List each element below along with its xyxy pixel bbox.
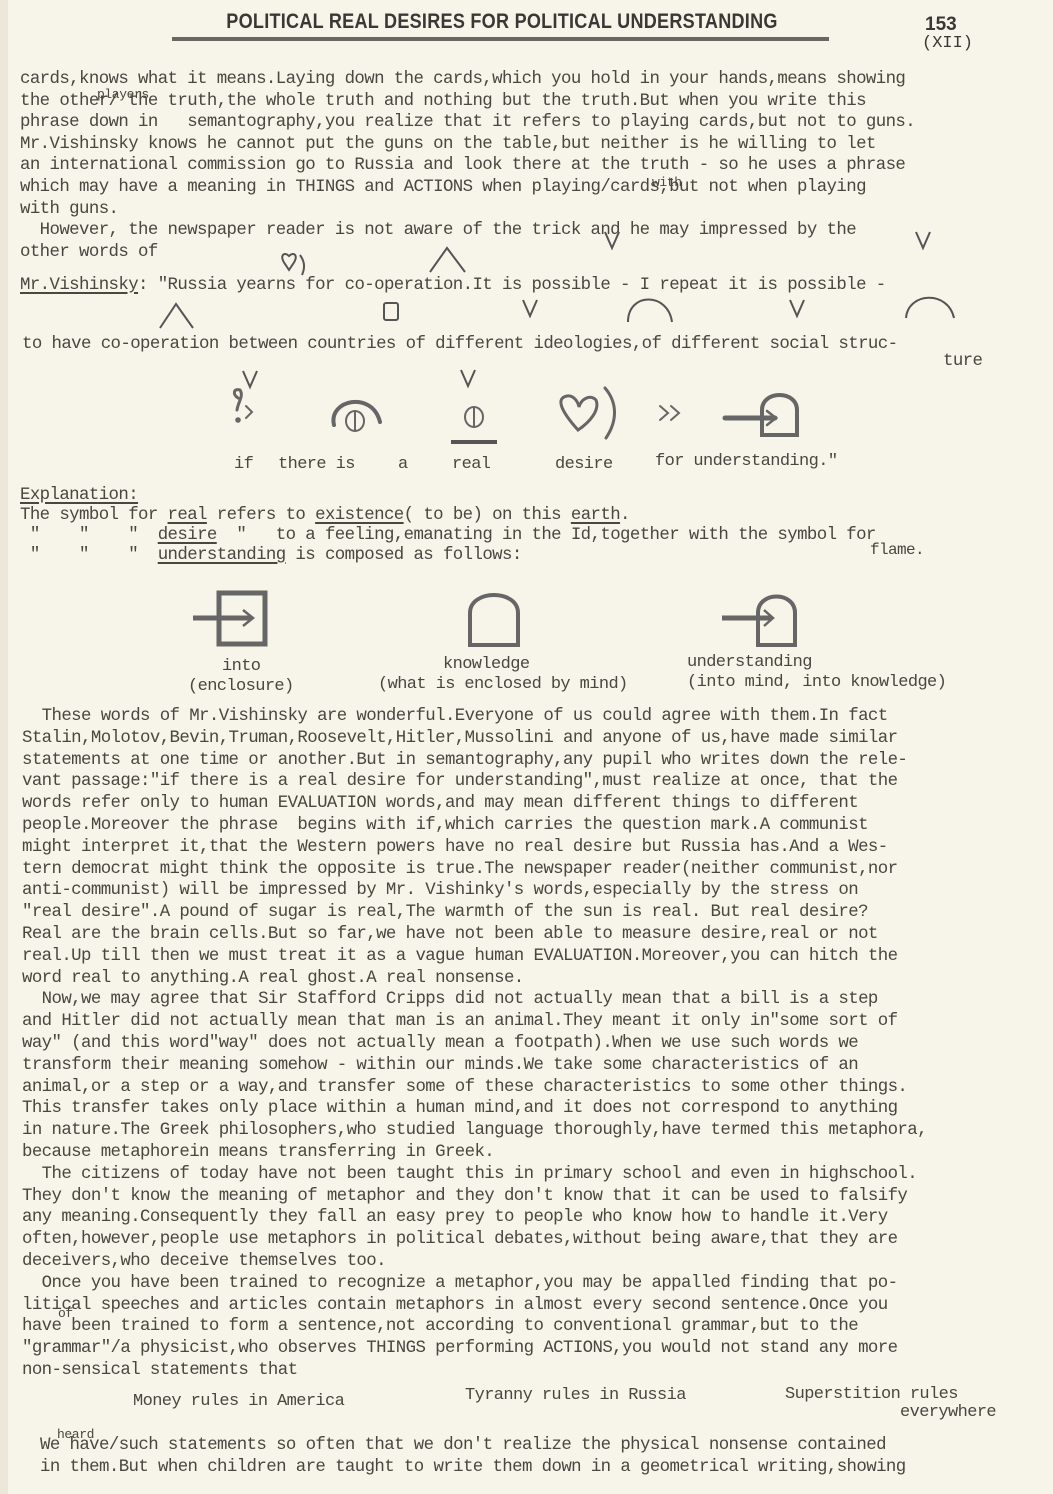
text-line: "grammar"/a physicist,who observes THING… xyxy=(22,1339,897,1359)
text-line: often,however,people use metaphors in po… xyxy=(22,1230,897,1250)
question-if-icon xyxy=(234,390,252,422)
text-line: word real to anything.A real ghost.A rea… xyxy=(22,969,524,989)
example-3: Superstition rules xyxy=(785,1385,958,1404)
text-line: in nature.The Greek philosophers,who stu… xyxy=(22,1121,927,1141)
keyword-existence: existence xyxy=(315,506,404,525)
heart-icon xyxy=(282,254,295,270)
keyword-real: real xyxy=(168,506,207,525)
understanding-sub: (into mind, into knowledge) xyxy=(687,673,946,692)
knowledge-label: knowledge xyxy=(443,655,529,674)
keyword-understanding: understanding xyxy=(158,546,286,565)
understanding-icon xyxy=(722,597,795,646)
ditto-marks: " " " xyxy=(20,546,158,565)
caret-up-icon xyxy=(160,304,193,328)
flame-icon xyxy=(300,255,304,275)
desire-icon xyxy=(561,388,615,438)
keyword-desire: desire xyxy=(158,526,217,545)
text-line: They don't know the meaning of metaphor … xyxy=(22,1187,907,1207)
word-real: real xyxy=(452,455,490,474)
understanding-label: understanding xyxy=(687,653,812,672)
example-1: Money rules in America xyxy=(133,1392,344,1411)
text: refers to xyxy=(207,506,315,525)
knowledge-sub: (what is enclosed by mind) xyxy=(378,675,628,694)
caret-down-icon xyxy=(916,232,930,248)
text-line: Now,we may agree that Sir Stafford Cripp… xyxy=(22,990,878,1010)
caret-down-icon xyxy=(605,232,619,248)
example-2: Tyranny rules in Russia xyxy=(465,1386,686,1405)
text-line: have been trained to form a sentence,not… xyxy=(22,1317,858,1337)
explanation-flame: flame. xyxy=(870,540,924,560)
text-line: tern democrat might think the opposite i… xyxy=(22,860,897,880)
into-sub: (enclosure) xyxy=(188,677,294,696)
text-line: Real are the brain cells.But so far,we h… xyxy=(22,925,878,945)
explanation-heading: Explanation: xyxy=(20,486,138,506)
text-line: people.Moreover the phrase begins with i… xyxy=(22,816,868,836)
text-line: Stalin,Molotov,Bevin,Truman,Roosevelt,Hi… xyxy=(22,729,897,749)
text-line: These words of Mr.Vishinsky are wonderfu… xyxy=(22,707,888,727)
real-underline xyxy=(451,440,497,444)
word-for-understanding: for understanding." xyxy=(655,452,837,471)
arch-icon xyxy=(628,300,672,323)
text-line: "real desire".A pound of sugar is real,T… xyxy=(22,903,868,923)
text-line: The citizens of today have not been taug… xyxy=(22,1165,917,1185)
text-line: might interpret it,that the Western powe… xyxy=(22,838,888,858)
word-a: a xyxy=(398,455,408,474)
text: ( to be) on this xyxy=(404,506,571,525)
text: . xyxy=(620,506,630,525)
text-line: deceivers,who deceive themselves too. xyxy=(22,1252,386,1272)
caret-up-icon xyxy=(430,248,465,272)
understanding-icon xyxy=(725,395,797,435)
keyword-earth: earth xyxy=(571,506,620,525)
word-desire: desire xyxy=(555,455,613,474)
text-line: litical speeches and articles contain me… xyxy=(22,1296,888,1316)
word-if: if xyxy=(234,455,253,474)
text-line: anti-communist) will be impressed by Mr.… xyxy=(22,881,858,901)
text: is composed as follows: xyxy=(286,546,522,565)
text: The symbol for xyxy=(20,506,168,525)
interlinear-of: of xyxy=(58,1306,73,1321)
word-there-is: there is xyxy=(278,455,355,474)
text-line: Once you have been trained to recognize … xyxy=(22,1274,897,1294)
text-line: any meaning.Consequently they fall an ea… xyxy=(22,1208,888,1228)
text-line: and Hitler did not actually mean that ma… xyxy=(22,1012,897,1032)
caret-down-icon xyxy=(523,300,537,316)
quote-symbol-row xyxy=(0,380,1053,450)
text-line: transform their meaning somehow - within… xyxy=(22,1056,858,1076)
into-label: into xyxy=(222,657,260,676)
text-line: animal,or a step or a way,and transfer s… xyxy=(22,1078,907,1098)
ditto-marks: " " " xyxy=(20,526,158,545)
square-icon xyxy=(384,303,398,320)
explanation-line-1: The symbol for real refers to existence(… xyxy=(20,506,630,526)
text-line: real.Up till then we must treat it as a … xyxy=(22,947,897,967)
example-3-cont: everywhere xyxy=(900,1403,996,1422)
real-icon xyxy=(465,407,483,427)
inline-symbols xyxy=(0,0,1053,400)
composition-symbols xyxy=(0,585,1053,655)
text-line: in them.But when children are taught to … xyxy=(40,1458,906,1478)
explanation-heading-text: Explanation: xyxy=(20,486,138,505)
into-icon xyxy=(193,593,265,644)
caret-down-icon xyxy=(790,300,804,316)
text-line: This transfer takes only place within a … xyxy=(22,1099,897,1119)
text-line: because metaphorein means transferring i… xyxy=(22,1143,494,1163)
there-is-icon xyxy=(333,402,380,431)
for-icon xyxy=(660,406,679,420)
text-line: We have/such statements so often that we… xyxy=(40,1436,886,1456)
text-line: statements at one time or another.But in… xyxy=(22,751,907,771)
text-line: way" (and this word"way" does not actual… xyxy=(22,1034,858,1054)
explanation-line-3: " " " understanding is composed as follo… xyxy=(20,546,522,566)
text-line: non-sensical statements that xyxy=(22,1361,297,1381)
text-line: vant passage:"if there is a real desire … xyxy=(22,772,897,792)
knowledge-icon xyxy=(470,595,518,645)
explanation-line-2: " " " desire " to a feeling,emanating in… xyxy=(20,526,876,546)
text-line: words refer only to human EVALUATION wor… xyxy=(22,794,858,814)
arch-icon xyxy=(906,298,954,318)
text: " to a feeling,emanating in the Id,toget… xyxy=(217,526,876,545)
